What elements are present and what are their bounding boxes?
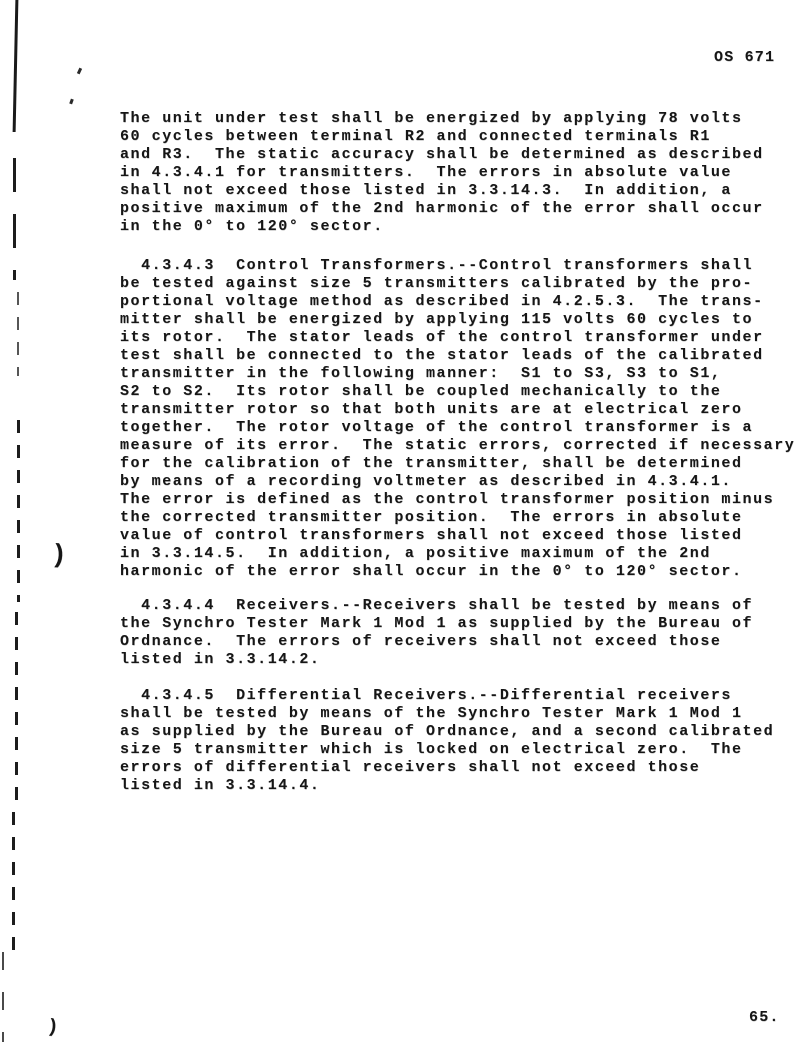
scan-artifact-binding-line: [17, 420, 20, 602]
scan-artifact-binding-line: [15, 612, 18, 804]
scan-artifact-binding-line: [13, 0, 19, 132]
scanned-document-page: OS 671 The unit under test shall be ener…: [0, 0, 801, 1047]
document-code: OS 671: [714, 49, 775, 67]
scan-artifact-speck: [69, 99, 74, 105]
paragraph-intro-continuation: The unit under test shall be energized b…: [120, 110, 764, 236]
scan-artifact-binding-line: [17, 292, 19, 376]
paragraph-section-4-3-4-5-differential-receivers: 4.3.4.5 Differential Receivers.--Differe…: [120, 687, 774, 795]
paragraph-section-4-3-4-3-control-transformers: 4.3.4.3 Control Transformers.--Control t…: [120, 257, 795, 581]
scan-artifact-speck: [77, 68, 82, 75]
margin-paren-mark: ): [51, 546, 68, 565]
scan-artifact-binding-line: [2, 952, 4, 1042]
page-number: 65.: [749, 1009, 780, 1027]
scan-artifact-binding-line: [13, 158, 16, 280]
paragraph-section-4-3-4-4-receivers: 4.3.4.4 Receivers.--Receivers shall be t…: [120, 597, 753, 669]
margin-paren-mark: ): [46, 1017, 59, 1036]
scan-artifact-binding-line: [12, 812, 15, 950]
